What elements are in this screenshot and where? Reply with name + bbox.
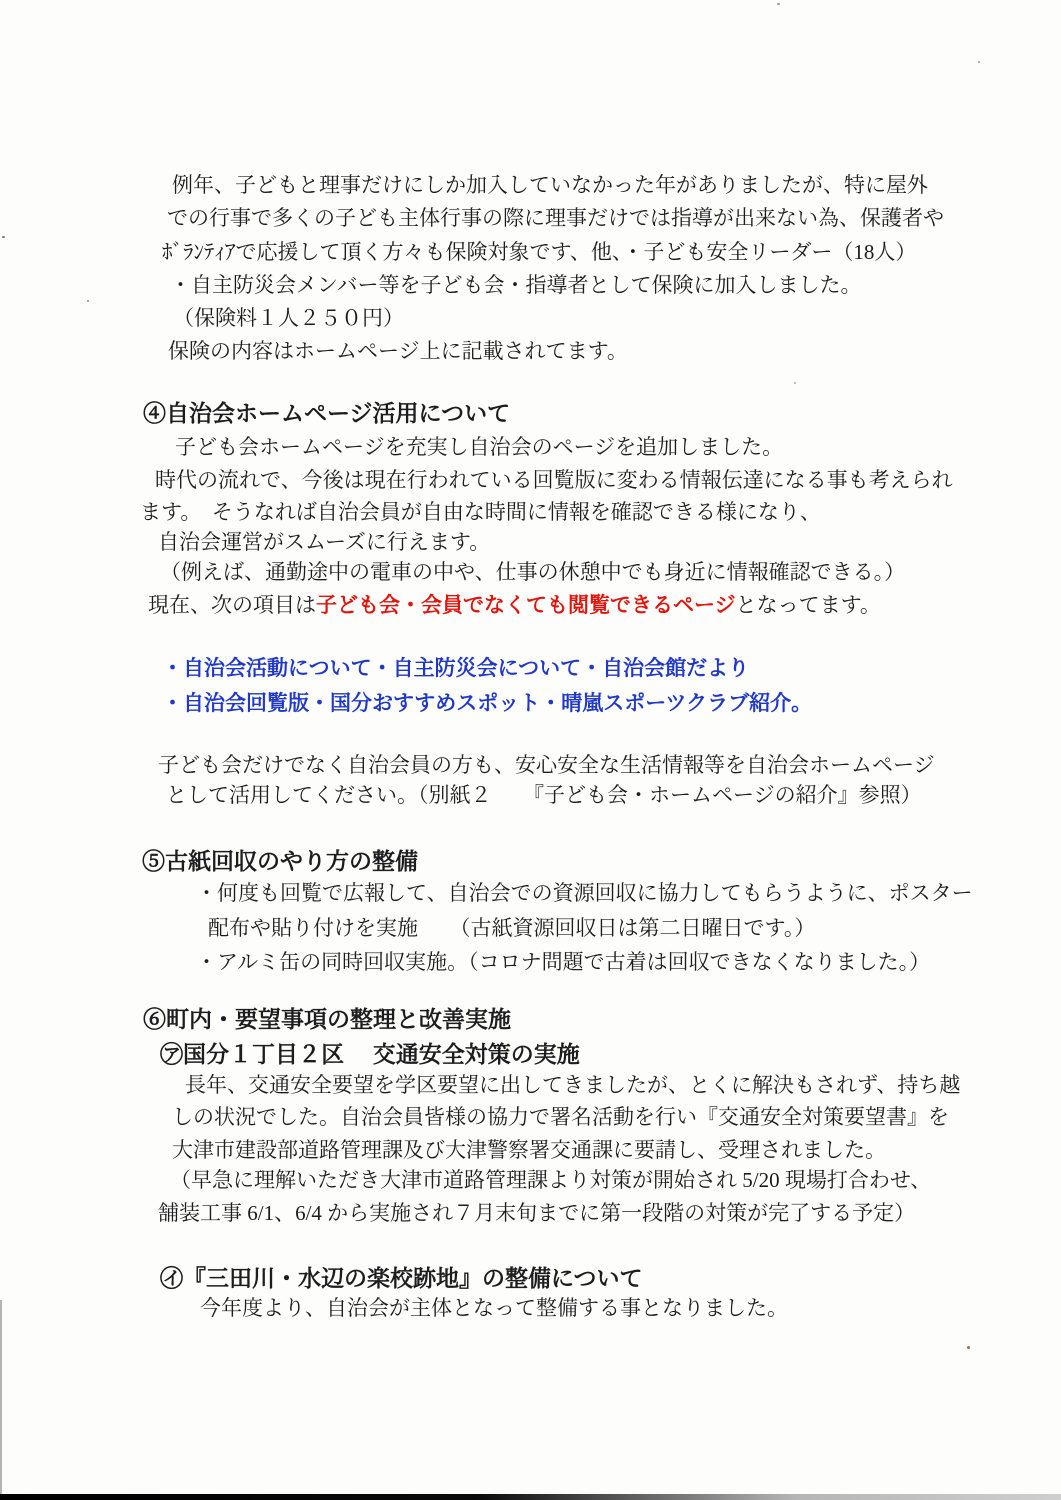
section-4-line-6-post: となってます。 — [736, 593, 881, 617]
section-4-line-5: （例えば、通勤途中の電車の中や、仕事の休憩中でも身近に情報確認できる。） — [160, 560, 905, 585]
scan-speck — [978, 61, 980, 63]
section-4-line-8: として活用してください。（別紙２ 『子ども会・ホームページの紹介』参照） — [166, 783, 922, 808]
section-4-line-6: 現在、次の項目は子ども会・会員でなくても閲覧できるページとなってます。 — [148, 593, 881, 618]
section-6-line-4: （早急に理解いただき大津市道路管理課より対策が開始され 5/20 現場打合わせ、 — [170, 1168, 931, 1193]
section-4-blue-list-line-2: ・自治会回覧版・国分おすすめスポット・晴嵐スポーツクラブ紹介。 — [162, 691, 812, 716]
scan-speck — [87, 300, 89, 302]
insurance-note-line-6: 保険の内容はホームページ上に記載されてます。 — [168, 339, 628, 364]
section-6-sub-a-heading: ㋐国分１丁目２区 交通安全対策の実施 — [160, 1041, 580, 1068]
section-4-line-7: 子ども会だけでなく自治会員の方も、安心安全な生活情報等を自治会ホームページ — [158, 753, 935, 778]
scan-speck — [2, 236, 5, 238]
scan-speck — [794, 382, 796, 384]
section-4-line-6-pre: 現在、次の項目は — [148, 593, 316, 617]
section-5-bullet-1-continued: 配布や貼り付けを実施 （古紙資源回収日は第二日曜日です。） — [208, 916, 815, 941]
section-5-heading: ⑤古紙回収のやり方の整備 — [142, 848, 418, 875]
section-6-line-5: 舗装工事 6/1、6/4 から実施され７月末旬までに第一段階の対策が完了する予定… — [158, 1201, 915, 1226]
scan-speck — [777, 3, 780, 5]
insurance-note-line-5: （保険料１人２５０円） — [173, 306, 404, 331]
section-6-line-1: 長年、交通安全要望を学区要望に出してきましたが、とくに解決もされず、持ち越 — [185, 1073, 960, 1098]
insurance-note-line-1: 例年、子どもと理事だけにしか加入していなかった年がありましたが、特に屋外 — [172, 173, 928, 198]
section-4-line-6-highlight: 子ども会・会員でなくても閲覧できるページ — [316, 593, 736, 617]
section-4-heading: ④自治会ホームページ活用について — [143, 400, 510, 427]
section-4-blue-list-line-1: ・自治会活動について・自主防災会について・自治会館だより — [162, 656, 749, 681]
section-4-line-4: 自治会運営がスムーズに行えます。 — [158, 530, 490, 555]
section-4-line-2: 時代の流れで、今後は現在行われている回覧版に変わる情報伝達になる事も考えられ — [155, 468, 953, 493]
section-5-bullet-2: ・アルミ缶の同時回収実施。（コロナ問題で古着は回収できなくなりました。） — [196, 950, 930, 975]
insurance-note-line-3: ﾎﾞﾗﾝﾃｨｱで応援して頂く方々も保険対象です、他、・子ども安全リーダー（18人… — [162, 240, 916, 265]
scanned-document-page: 例年、子どもと理事だけにしか加入していなかった年がありましたが、特に屋外 での行… — [0, 0, 1061, 1500]
scan-speck — [967, 1346, 970, 1349]
section-5-bullet-1: ・何度も回覧で広報して、自治会での資源回収に協力してもらうように、ポスター — [196, 881, 973, 906]
scan-edge-line — [0, 1300, 2, 1500]
scan-bottom-edge — [0, 1494, 1061, 1500]
section-6-sub-b-heading: ㋑『三田川・水辺の楽校跡地』の整備について — [160, 1265, 643, 1292]
section-6-line-2: しの状況でした。自治会員皆様の協力で署名活動を行い『交通安全対策要望書』を — [172, 1105, 949, 1130]
section-4-line-1: 子ども会ホームページを充実し自治会のページを追加しました。 — [175, 435, 783, 460]
section-6-heading: ⑥町内・要望事項の整理と改善実施 — [143, 1006, 511, 1033]
insurance-note-line-2: での行事で多くの子ども主体行事の際に理事だけでは指導が出来ない為、保護者や — [167, 206, 944, 231]
section-6-sub-b-line-1: 今年度より、自治会が主体となって整備する事となりました。 — [200, 1296, 788, 1321]
section-4-line-3: ます。 そうなれば自治会員が自由な時間に情報を確認できる様になり、 — [140, 500, 821, 525]
section-6-line-3: 大津市建設部道路管理課及び大津警察署交通課に要請し、受理されました。 — [172, 1138, 886, 1163]
insurance-note-line-4: ・自主防災会メンバー等を子ども会・指導者として保険に加入しました。 — [170, 273, 862, 298]
